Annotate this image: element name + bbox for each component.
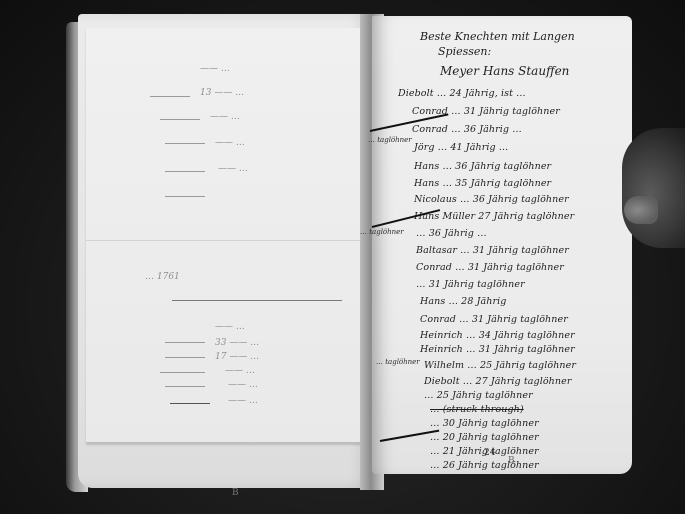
roster-entry: Heinrich … 34 Jährig taglöhner bbox=[420, 330, 575, 341]
left-row: —— … bbox=[210, 112, 240, 122]
left-row: —— … bbox=[218, 164, 248, 174]
roster-entry: Conrad … 31 Jährig taglöhner bbox=[420, 314, 568, 325]
roster-entry: Diebolt … 27 Jährig taglöhner bbox=[424, 376, 571, 387]
left-row: —— … bbox=[228, 380, 258, 390]
margin-note: … taglöhner bbox=[360, 228, 404, 236]
page-number: 24 bbox=[484, 448, 495, 458]
heading-line-3: Meyer Hans Stauffen bbox=[440, 64, 569, 78]
ledger-line bbox=[165, 342, 205, 343]
roster-entry: … 30 Jährig taglöhner bbox=[430, 418, 539, 429]
left-footer-mark: B bbox=[232, 488, 239, 498]
ledger-line bbox=[160, 119, 200, 120]
ledger-line bbox=[160, 372, 205, 373]
right-footer-mark: B bbox=[508, 456, 515, 466]
margin-note: … taglöhner bbox=[376, 358, 420, 366]
left-row: 13 —— … bbox=[200, 88, 244, 98]
roster-entry: Wilhelm … 25 Jährig taglöhner bbox=[424, 360, 576, 371]
left-row: —— … bbox=[225, 366, 255, 376]
roster-entry: … 26 Jährig taglöhner bbox=[430, 460, 539, 471]
ledger-line bbox=[172, 300, 342, 301]
left-row: —— … bbox=[215, 138, 245, 148]
hand bbox=[622, 128, 685, 248]
ledger-line bbox=[165, 171, 205, 172]
roster-entry: Nicolaus … 36 Jährig taglöhner bbox=[414, 194, 569, 205]
ledger-line bbox=[170, 403, 210, 404]
roster-entry: Conrad … 31 Jährig taglöhner bbox=[416, 262, 564, 273]
roster-entry: Conrad … 36 Jährig … bbox=[412, 124, 522, 135]
roster-entry: … 25 Jährig taglöhner bbox=[424, 390, 533, 401]
roster-entry: Jörg … 41 Jährig … bbox=[414, 142, 508, 153]
roster-entry: Diebolt … 24 Jährig, ist … bbox=[398, 88, 526, 99]
left-row: 33 —— … bbox=[215, 338, 259, 348]
roster-entry: Hans … 35 Jährig taglöhner bbox=[414, 178, 551, 189]
left-row: 17 —— … bbox=[215, 352, 259, 362]
left-row: —— … bbox=[228, 396, 258, 406]
ledger-line bbox=[165, 143, 205, 144]
left-bottom-title: … 1761 bbox=[145, 272, 180, 282]
thumb bbox=[624, 196, 658, 224]
roster-entry: Heinrich … 31 Jährig taglöhner bbox=[420, 344, 575, 355]
roster-entry-struck: … (struck through) bbox=[430, 404, 524, 415]
sheet-fold bbox=[86, 240, 362, 241]
roster-entry: … 31 Jährig taglöhner bbox=[416, 279, 525, 290]
ledger-line bbox=[150, 96, 190, 97]
ledger-line bbox=[165, 386, 205, 387]
ledger-line bbox=[165, 357, 205, 358]
margin-note: … taglöhner bbox=[368, 136, 412, 144]
left-row-header: —— … bbox=[200, 64, 230, 74]
roster-entry: Hans … 36 Jährig taglöhner bbox=[414, 161, 551, 172]
roster-entry: Hans … 28 Jährig bbox=[420, 296, 506, 307]
ledger-line bbox=[165, 196, 205, 197]
heading-line-1: Beste Knechten mit Langen bbox=[420, 30, 575, 43]
left-row: —— … bbox=[215, 322, 245, 332]
roster-entry: … 20 Jährig taglöhner bbox=[430, 432, 539, 443]
roster-entry: Baltasar … 31 Jährig taglöhner bbox=[416, 245, 569, 256]
roster-entry: Hans Müller 27 Jährig taglöhner bbox=[414, 211, 574, 222]
roster-entry: … 36 Jährig … bbox=[416, 228, 487, 239]
heading-line-2: Spiessen: bbox=[438, 45, 491, 58]
